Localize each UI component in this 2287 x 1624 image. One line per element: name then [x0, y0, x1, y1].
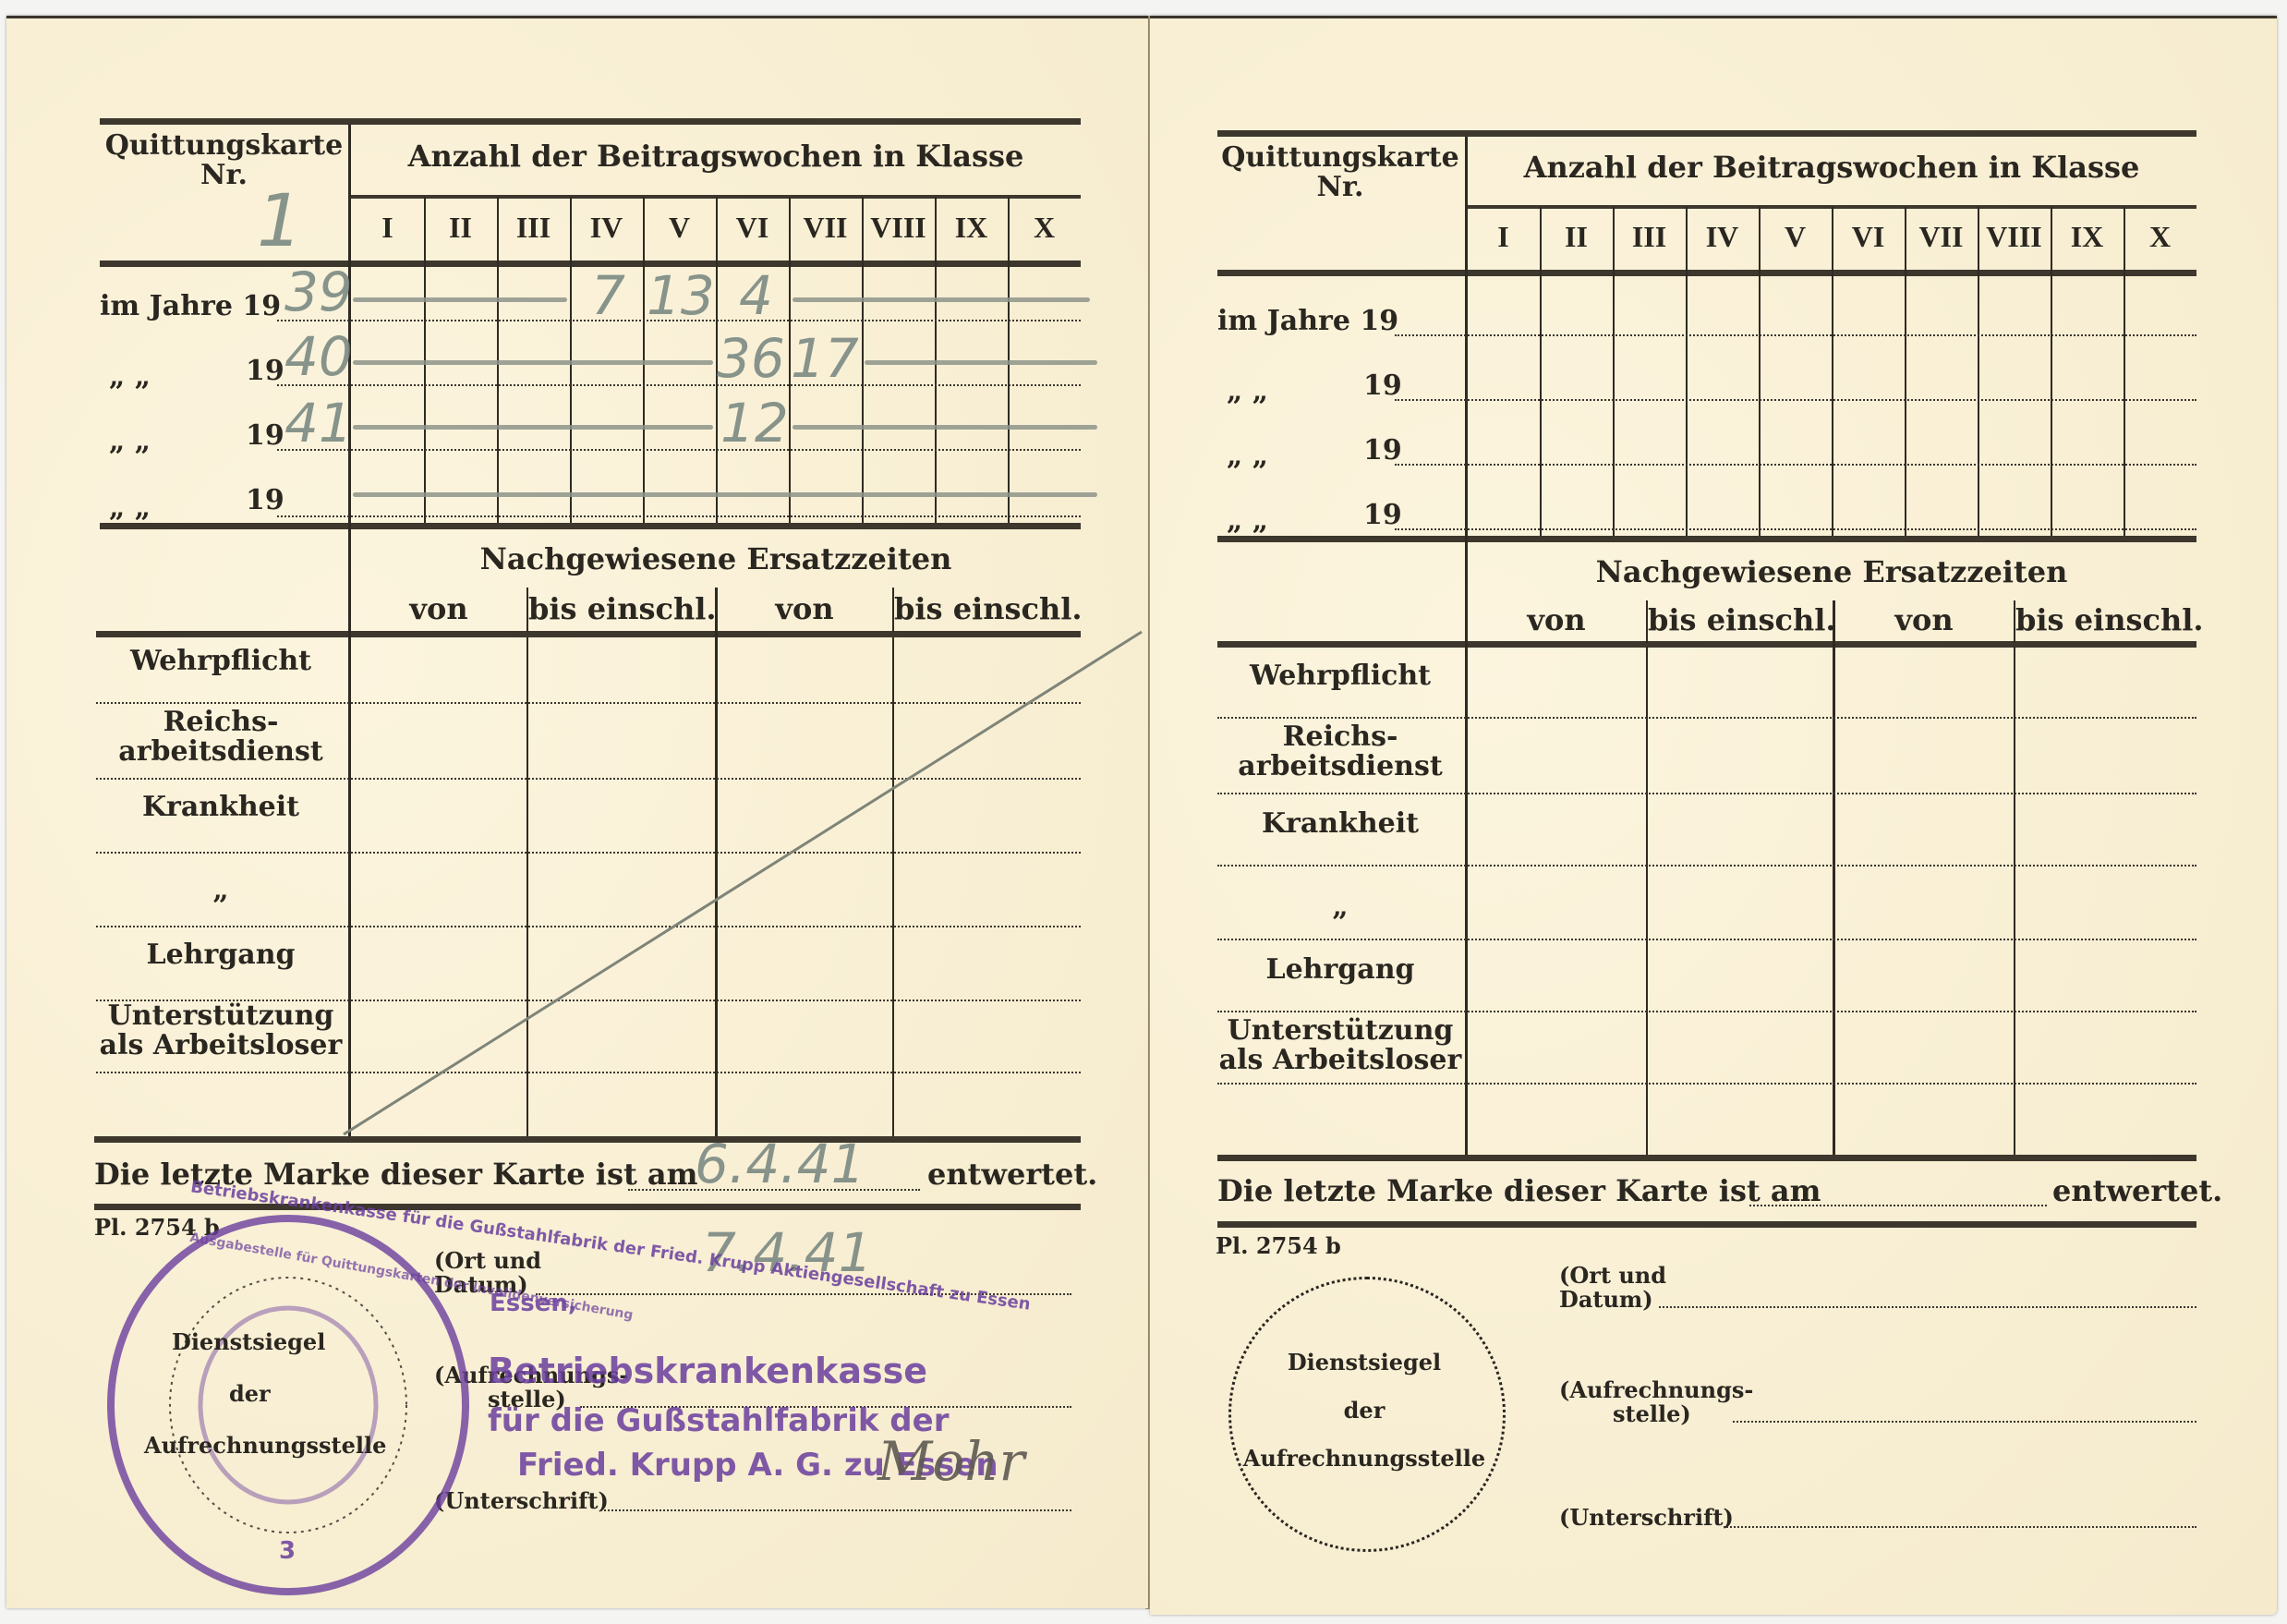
- seal-label-line3: Aufrechnungsstelle: [144, 1434, 386, 1458]
- class-header-VIII: VIII: [1978, 220, 2051, 254]
- ersatz-col-von-1: von: [351, 591, 526, 626]
- seal-label-line2: der: [1228, 1399, 1500, 1423]
- row-lehrgang: Lehrgang: [96, 940, 345, 970]
- class-header-V: V: [643, 211, 716, 245]
- year-row-4-ditto: „ „: [109, 493, 151, 523]
- card-number-header: Quittungskarte Nr.: [1217, 143, 1463, 202]
- last-stamp-suffix: entwertet.: [927, 1157, 1097, 1192]
- label-column-divider: [1465, 137, 1468, 1155]
- year-row-1-label: im Jahre 19: [1217, 307, 1398, 336]
- class-header-VIII: VIII: [862, 211, 935, 245]
- unterschrift-line: [600, 1509, 1071, 1511]
- marke-bottom-rule: [94, 1204, 1081, 1210]
- ersatz-col-bis-2: bis einschl.: [2015, 602, 2196, 637]
- year-row-3-ditto: „ „: [1227, 442, 1268, 471]
- year-row-4-ditto: „ „: [1227, 506, 1268, 536]
- card-number-header-line2: Nr.: [1217, 173, 1463, 202]
- ersatz-title: Nachgewiesene Ersatzzeiten: [1467, 554, 2196, 589]
- col-divider: [1978, 207, 1979, 536]
- top-rule: [100, 118, 1081, 125]
- handwritten-year-39: 39: [284, 261, 353, 323]
- class-header-VI: VI: [716, 211, 789, 245]
- class-header-II: II: [424, 211, 497, 245]
- last-stamp-date: 6.4.41: [695, 1133, 865, 1195]
- aufrechnung-line2: stelle): [1559, 1402, 1753, 1426]
- year-row-4-label: 19: [246, 486, 284, 515]
- unterschrift-label: (Unterschrift): [1559, 1506, 1734, 1530]
- row-krankheit: Krankheit: [1217, 809, 1463, 839]
- aufrechnung-field[interactable]: [1733, 1421, 2196, 1423]
- diagonal-strike-line: [342, 628, 1145, 1145]
- ersatz-col-von-1: von: [1467, 602, 1646, 637]
- class-header-VII: VII: [1905, 220, 1978, 254]
- year-row-2-line: [277, 384, 1081, 386]
- class-header-I: I: [351, 211, 424, 245]
- row-unterstuetzung: Unterstützung als Arbeitsloser: [96, 1001, 345, 1060]
- pencil-dash: [353, 297, 567, 302]
- row-krankheit: Krankheit: [96, 793, 345, 822]
- pencil-dash: [353, 360, 713, 365]
- handwritten-year-40: 40: [284, 325, 353, 388]
- card-number-header-line1: Quittungskarte: [1217, 143, 1463, 173]
- year-row-1-line: [1395, 334, 2196, 336]
- class-header-X: X: [1008, 211, 1081, 245]
- value-1939-class-VI: 4: [739, 264, 773, 327]
- last-stamp-prefix: Die letzte Marke dieser Karte ist am: [94, 1157, 697, 1192]
- row-reichs-line1: Reichs-: [1217, 722, 1463, 752]
- card-number-header-line1: Quittungskarte: [102, 131, 346, 161]
- row-wehrpflicht: Wehrpflicht: [96, 647, 345, 676]
- ort-datum-label: (Ort und Datum): [1559, 1264, 1666, 1312]
- seal-label-line1: Dienstsiegel: [1228, 1351, 1500, 1375]
- signature: Mohr: [877, 1430, 1024, 1493]
- row-unterstuetzung: Unterstützung als Arbeitsloser: [1217, 1016, 1463, 1075]
- ersatz-col-divider: [1646, 647, 1648, 1155]
- year-row-2-label: 19: [1363, 371, 1402, 401]
- stamp-office-line1: Betriebskrankenkasse: [488, 1351, 927, 1391]
- ersatz-col-bis-1: bis einschl.: [528, 591, 715, 626]
- col-divider: [1613, 207, 1615, 536]
- row-unter-line1: Unterstützung: [1217, 1016, 1463, 1046]
- row-ditto: „: [1217, 892, 1463, 922]
- seal-label-line3: Aufrechnungsstelle: [1228, 1447, 1500, 1471]
- top-rule: [1217, 130, 2196, 137]
- year-row-3-line: [1395, 464, 2196, 466]
- header-bottom-rule: [100, 261, 1081, 267]
- row-ditto: „: [96, 876, 345, 905]
- year-row-3-line: [277, 449, 1081, 451]
- ersatz-col-bis-2: bis einschl.: [894, 591, 1081, 626]
- class-header-V: V: [1759, 220, 1832, 254]
- ersatz-row-line: [1217, 1011, 2196, 1012]
- col-divider: [2051, 207, 2052, 536]
- col-divider: [862, 197, 864, 523]
- ersatz-col-von-2: von: [717, 591, 892, 626]
- marke-bottom-rule: [1217, 1221, 2196, 1228]
- ersatz-bottom-rule: [1217, 1155, 2196, 1161]
- class-header-II: II: [1540, 220, 1613, 254]
- handwritten-year-41: 41: [284, 392, 353, 454]
- value-1939-class-V: 13: [647, 264, 715, 327]
- row-reichs-line2: arbeitsdienst: [1217, 752, 1463, 782]
- year-row-2-ditto: „ „: [1227, 377, 1268, 406]
- pencil-dash: [865, 360, 1097, 365]
- col-divider: [2124, 207, 2125, 536]
- class-header-III: III: [1613, 220, 1686, 254]
- handwritten-card-number: 1: [257, 180, 303, 263]
- col-divider: [1540, 207, 1542, 536]
- pencil-dash: [353, 492, 1097, 497]
- class-header-IX: IX: [2051, 220, 2124, 254]
- form-code: Pl. 2754 b: [1216, 1234, 1341, 1258]
- row-wehrpflicht: Wehrpflicht: [1217, 661, 1463, 691]
- ersatz-row-line: [1217, 939, 2196, 940]
- class-header-VI: VI: [1832, 220, 1905, 254]
- year-row-4-label: 19: [1363, 501, 1402, 530]
- value-1941-class-VI: 12: [720, 392, 789, 454]
- year-row-1-label: im Jahre 19: [100, 292, 281, 321]
- year-row-3-label: 19: [1363, 436, 1402, 466]
- years-bottom-rule: [1217, 536, 2196, 542]
- row-reichsarbeitsdienst: Reichs- arbeitsdienst: [96, 708, 345, 767]
- last-stamp-date-field[interactable]: [1749, 1205, 2047, 1206]
- unterschrift-field[interactable]: [1724, 1526, 2196, 1528]
- ersatz-row-line: [1217, 1083, 2196, 1085]
- weeks-by-class-header: Anzahl der Beitragswochen in Klasse: [1467, 150, 2196, 185]
- col-divider: [1832, 207, 1833, 536]
- ersatz-col-von-2: von: [1834, 602, 2014, 637]
- row-unter-line2: als Arbeitsloser: [1217, 1046, 1463, 1075]
- class-header-I: I: [1467, 220, 1540, 254]
- col-divider: [1686, 207, 1688, 536]
- class-header-X: X: [2124, 220, 2196, 254]
- row-reichs-line2: arbeitsdienst: [96, 737, 345, 767]
- year-row-4-line: [277, 515, 1081, 517]
- ort-datum-line2: Datum): [1559, 1288, 1666, 1312]
- ersatz-group-divider: [1833, 600, 1835, 1155]
- ersatz-row-line: [1217, 717, 2196, 719]
- year-row-2-label: 19: [246, 357, 284, 386]
- header-bottom-rule: [1217, 270, 2196, 276]
- last-stamp-suffix: entwertet.: [2052, 1173, 2222, 1208]
- ersatz-col-bis-1: bis einschl.: [1648, 602, 1833, 637]
- ort-datum-line1: (Ort und: [1559, 1264, 1666, 1288]
- value-1939-class-IV: 7: [591, 264, 625, 327]
- row-reichs-line1: Reichs-: [96, 708, 345, 737]
- round-official-stamp: Betriebskrankenkasse für die Gußstahlfab…: [103, 1212, 473, 1598]
- class-header-IX: IX: [935, 211, 1008, 245]
- round-stamp-number: 3: [279, 1537, 296, 1565]
- year-row-3-ditto: „ „: [109, 427, 151, 456]
- value-1940-class-VII: 17: [791, 327, 859, 390]
- row-unter-line2: als Arbeitsloser: [96, 1031, 345, 1060]
- ort-datum-field[interactable]: [1659, 1306, 2196, 1308]
- value-1940-class-VI: 36: [717, 327, 785, 390]
- class-header-IV: IV: [1686, 220, 1759, 254]
- pencil-dash: [793, 297, 1090, 302]
- weeks-by-class-header: Anzahl der Beitragswochen in Klasse: [351, 139, 1081, 174]
- pencil-dash: [793, 425, 1097, 430]
- ersatz-row-line: [1217, 865, 2196, 867]
- seal-label-line1: Dienstsiegel: [172, 1330, 325, 1354]
- row-reichsarbeitsdienst: Reichs- arbeitsdienst: [1217, 722, 1463, 782]
- ersatz-row-line: [1217, 793, 2196, 794]
- years-bottom-rule: [100, 523, 1081, 529]
- card-number-header: Quittungskarte Nr.: [102, 131, 346, 190]
- seal-label-line2: der: [229, 1382, 271, 1406]
- ersatz-title: Nachgewiesene Ersatzzeiten: [351, 541, 1081, 576]
- aufrechnung-line1: (Aufrechnungs-: [1559, 1378, 1753, 1402]
- class-header-IV: IV: [570, 211, 643, 245]
- col-divider: [1759, 207, 1761, 536]
- class-header-III: III: [497, 211, 570, 245]
- class-header-VII: VII: [789, 211, 862, 245]
- year-row-4-line: [1395, 528, 2196, 530]
- year-row-2-line: [1395, 399, 2196, 401]
- ersatz-col-divider: [2014, 647, 2015, 1155]
- row-unter-line1: Unterstützung: [96, 1001, 345, 1031]
- pencil-dash: [353, 425, 713, 430]
- last-stamp-prefix: Die letzte Marke dieser Karte ist am: [1217, 1173, 1821, 1208]
- aufrechnung-label: (Aufrechnungs- stelle): [1559, 1378, 1753, 1426]
- card-number-header-line2: Nr.: [102, 161, 346, 190]
- col-divider: [1905, 207, 1906, 536]
- row-lehrgang: Lehrgang: [1217, 955, 1463, 985]
- year-row-2-ditto: „ „: [109, 362, 151, 392]
- ersatz-header-rule: [1217, 641, 2196, 648]
- year-row-3-label: 19: [246, 421, 284, 451]
